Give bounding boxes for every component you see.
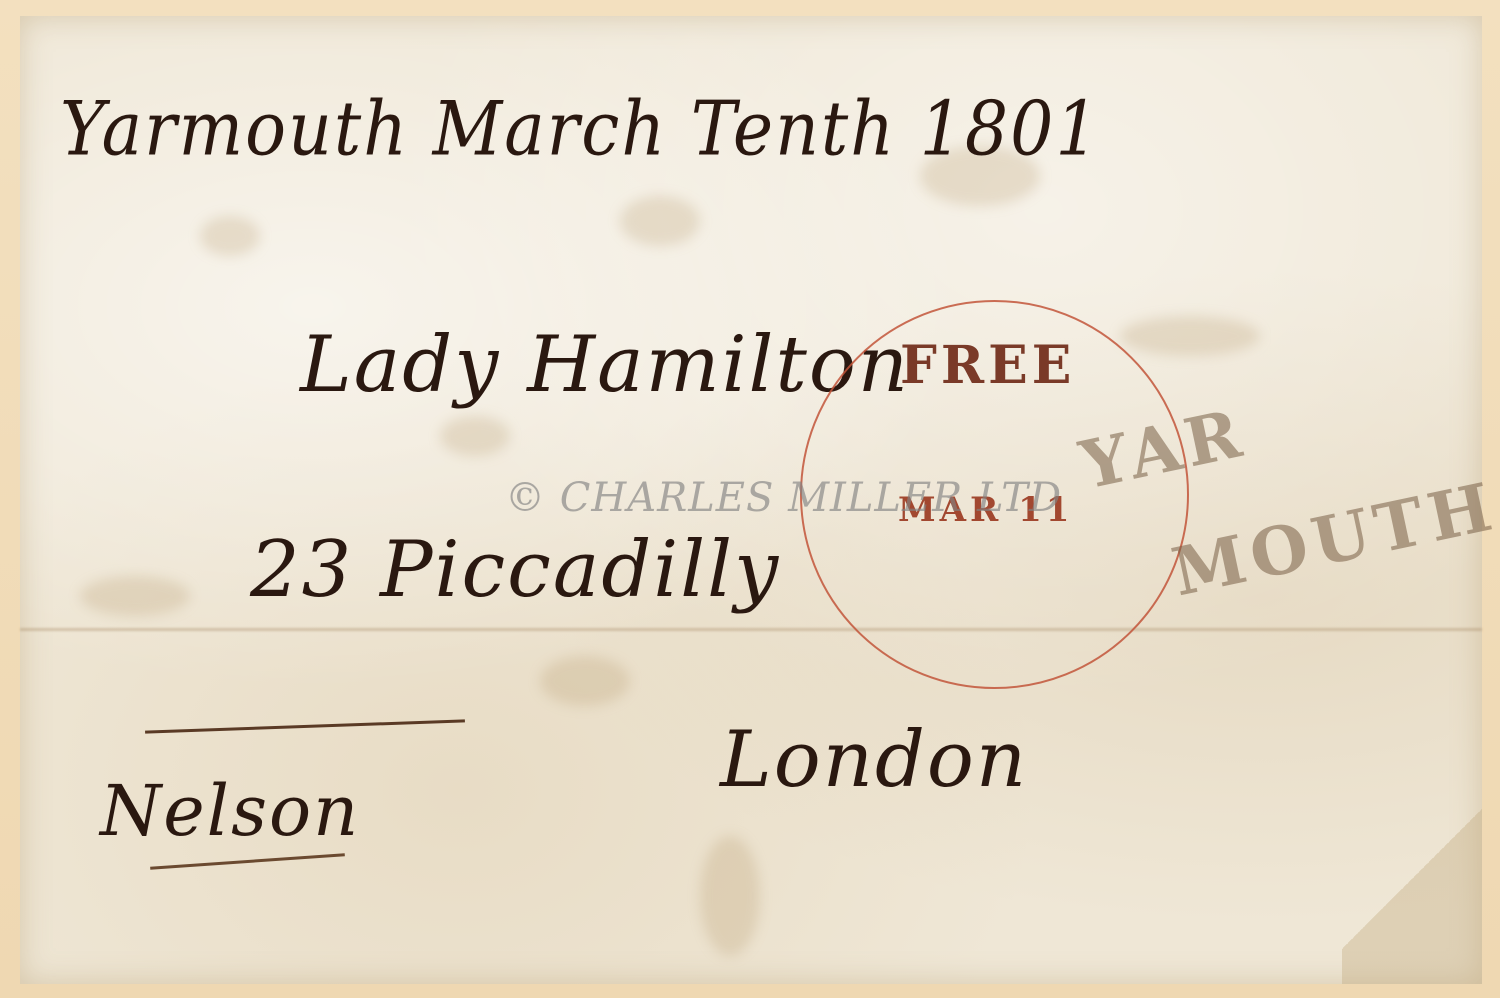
- address-line-3: London: [720, 715, 1028, 805]
- address-line-2: 23 Piccadilly: [250, 525, 780, 615]
- stain: [700, 836, 760, 956]
- stain: [540, 656, 630, 706]
- stain: [200, 216, 260, 256]
- copyright-watermark: © CHARLES MILLER LTD: [505, 475, 1062, 521]
- stain: [1120, 316, 1260, 356]
- free-postmark-label: FREE: [900, 335, 1075, 396]
- dateline: Yarmouth March Tenth 1801: [60, 86, 1101, 173]
- corner-fold: [1342, 774, 1482, 984]
- address-line-1: Lady Hamilton: [300, 320, 910, 410]
- stain: [80, 576, 190, 616]
- stain: [440, 416, 510, 456]
- fold-crease: [20, 628, 1482, 631]
- signature: Nelson: [100, 770, 360, 852]
- stain: [620, 196, 700, 246]
